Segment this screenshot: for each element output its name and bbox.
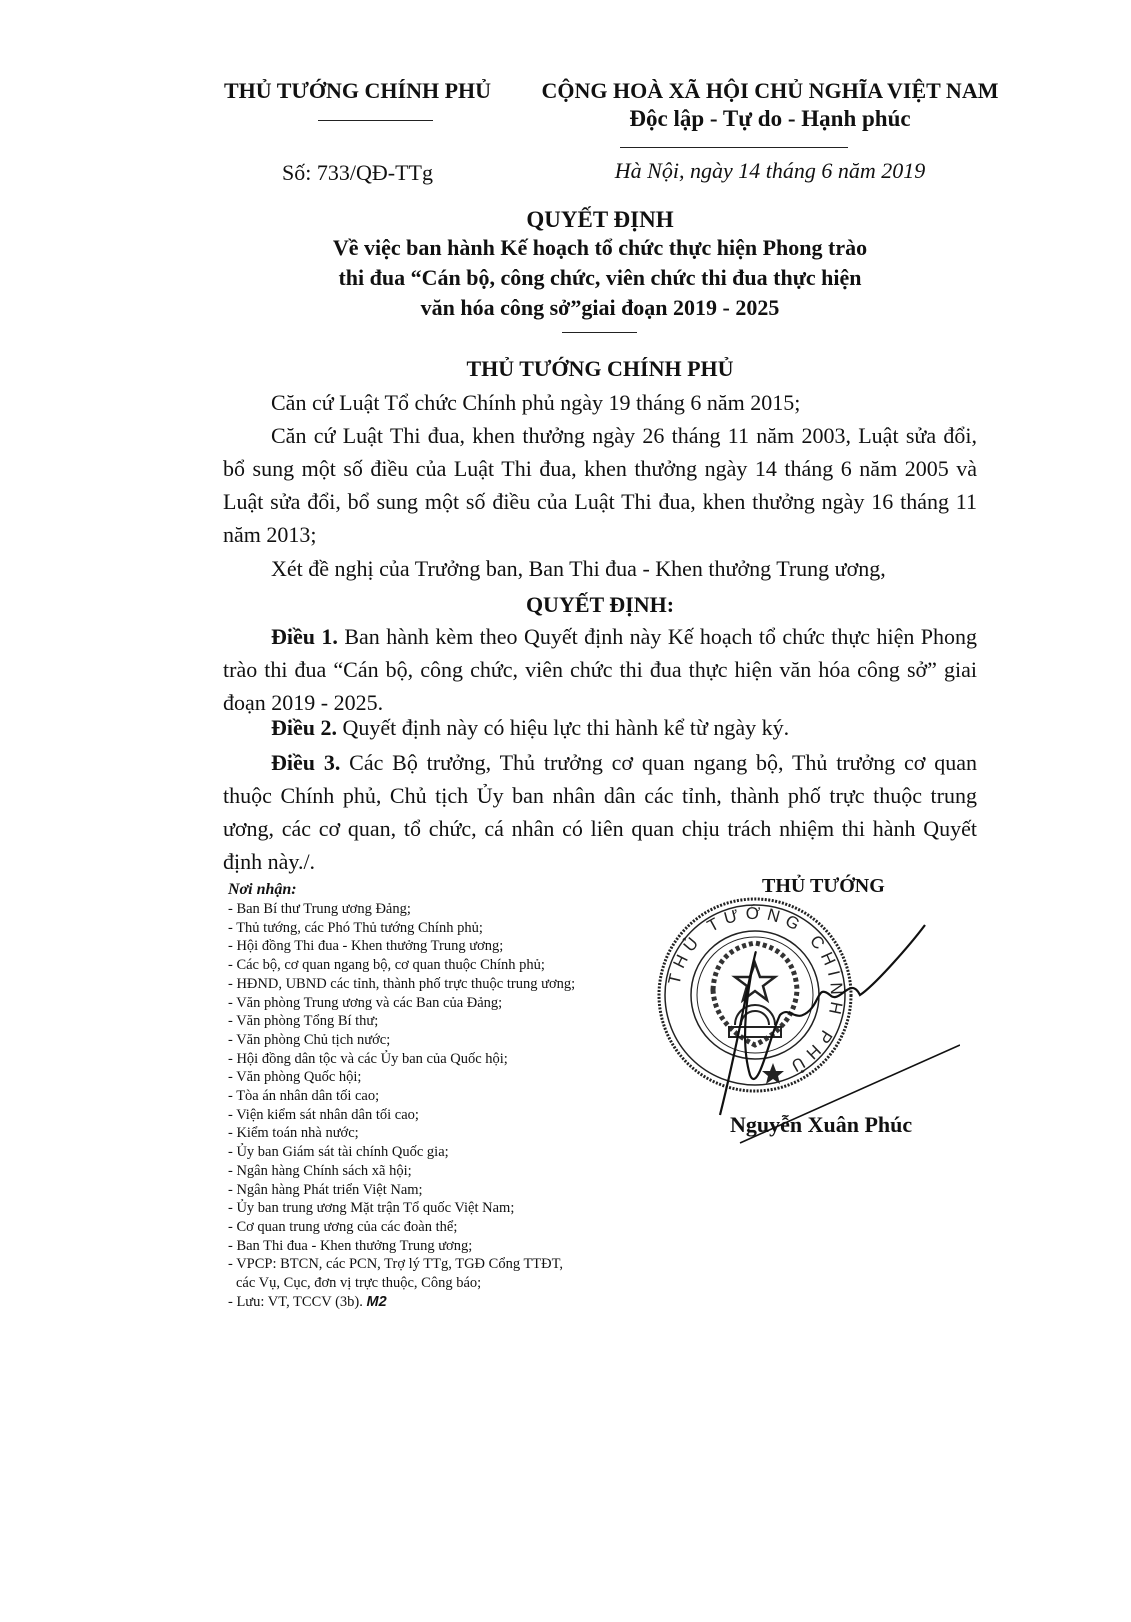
recipient-item: - Các bộ, cơ quan ngang bộ, cơ quan thuộ… (228, 956, 575, 975)
recipient-item: - Ban Bí thư Trung ương Đảng; (228, 900, 575, 919)
handwritten-mark: M2 (367, 1294, 387, 1310)
recipients-title: Nơi nhận: (228, 880, 575, 900)
recipient-item: - Thủ tướng, các Phó Thủ tướng Chính phủ… (228, 919, 575, 938)
article-1: Điều 1. Ban hành kèm theo Quyết định này… (223, 620, 977, 719)
document-number: Số: 733/QĐ-TTg (210, 160, 505, 186)
authority-heading: THỦ TƯỚNG CHÍNH PHỦ (223, 356, 977, 382)
recipient-item: - VPCP: BTCN, các PCN, Trợ lý TTg, TGĐ C… (228, 1255, 575, 1274)
recipient-item: - HĐND, UBND các tỉnh, thành phố trực th… (228, 975, 575, 994)
title-underline (562, 332, 637, 333)
recipient-item: - Văn phòng Tổng Bí thư; (228, 1012, 575, 1031)
subject-line: thi đua “Cán bộ, công chức, viên chức th… (223, 263, 977, 293)
signatory-title: THỦ TƯỚNG (762, 875, 885, 898)
recipient-item: - Văn phòng Trung ương và các Ban của Đả… (228, 994, 575, 1013)
recipient-item: - Lưu: VT, TCCV (3b). M2 (228, 1293, 575, 1312)
recipient-item: - Hội đồng dân tộc và các Ủy ban của Quố… (228, 1050, 575, 1069)
signature-icon (700, 915, 960, 1145)
place-and-date: Hà Nội, ngày 14 tháng 6 năm 2019 (520, 158, 1020, 184)
recipients-list: Nơi nhận: - Ban Bí thư Trung ương Đảng; … (228, 880, 575, 1311)
issuer-underline (318, 120, 433, 121)
preamble-law-emulation: Căn cứ Luật Thi đua, khen thưởng ngày 26… (223, 419, 977, 551)
article-text: Quyết định này có hiệu lực thi hành kể t… (337, 715, 789, 740)
preamble-law-government: Căn cứ Luật Tổ chức Chính phủ ngày 19 th… (223, 386, 977, 419)
subject-line: Về việc ban hành Kế hoạch tổ chức thực h… (223, 233, 977, 263)
national-motto: Độc lập - Tự do - Hạnh phúc (520, 106, 1020, 132)
recipient-item: - Tòa án nhân dân tối cao; (228, 1087, 575, 1106)
preamble-proposal: Xét đề nghị của Trưởng ban, Ban Thi đua … (223, 552, 977, 585)
document-subject: Về việc ban hành Kế hoạch tổ chức thực h… (223, 233, 977, 323)
recipient-item: - Cơ quan trung ương của các đoàn thể; (228, 1218, 575, 1237)
signatory-name: Nguyễn Xuân Phúc (730, 1112, 912, 1138)
subject-line: văn hóa công sở”giai đoạn 2019 - 2025 (223, 293, 977, 323)
issuer-name: THỦ TƯỚNG CHÍNH PHỦ (210, 78, 505, 104)
recipient-archive: - Lưu: VT, TCCV (3b). (228, 1294, 363, 1310)
recipient-item: các Vụ, Cục, đơn vị trực thuộc, Công báo… (228, 1274, 575, 1293)
recipient-item: - Viện kiểm sát nhân dân tối cao; (228, 1106, 575, 1125)
article-label: Điều 2. (271, 715, 337, 740)
recipient-item: - Ngân hàng Chính sách xã hội; (228, 1162, 575, 1181)
recipient-item: - Kiểm toán nhà nước; (228, 1124, 575, 1143)
recipient-item: - Văn phòng Chủ tịch nước; (228, 1031, 575, 1050)
article-2: Điều 2. Quyết định này có hiệu lực thi h… (223, 711, 977, 744)
recipient-item: - Hội đồng Thi đua - Khen thưởng Trung ư… (228, 937, 575, 956)
article-3: Điều 3. Các Bộ trưởng, Thủ trưởng cơ qua… (223, 746, 977, 878)
recipient-item: - Ủy ban Giám sát tài chính Quốc gia; (228, 1143, 575, 1162)
recipient-item: - Ủy ban trung ương Mặt trận Tổ quốc Việ… (228, 1199, 575, 1218)
nation-name: CỘNG HOÀ XÃ HỘI CHỦ NGHĨA VIỆT NAM (520, 78, 1020, 104)
recipient-item: - Văn phòng Quốc hội; (228, 1068, 575, 1087)
motto-underline (620, 147, 848, 148)
document-title: QUYẾT ĐỊNH (223, 207, 977, 233)
decision-heading: QUYẾT ĐỊNH: (223, 592, 977, 618)
recipient-item: - Ban Thi đua - Khen thưởng Trung ương; (228, 1237, 575, 1256)
article-label: Điều 1. (271, 624, 338, 649)
article-label: Điều 3. (271, 750, 340, 775)
recipient-item: - Ngân hàng Phát triển Việt Nam; (228, 1181, 575, 1200)
